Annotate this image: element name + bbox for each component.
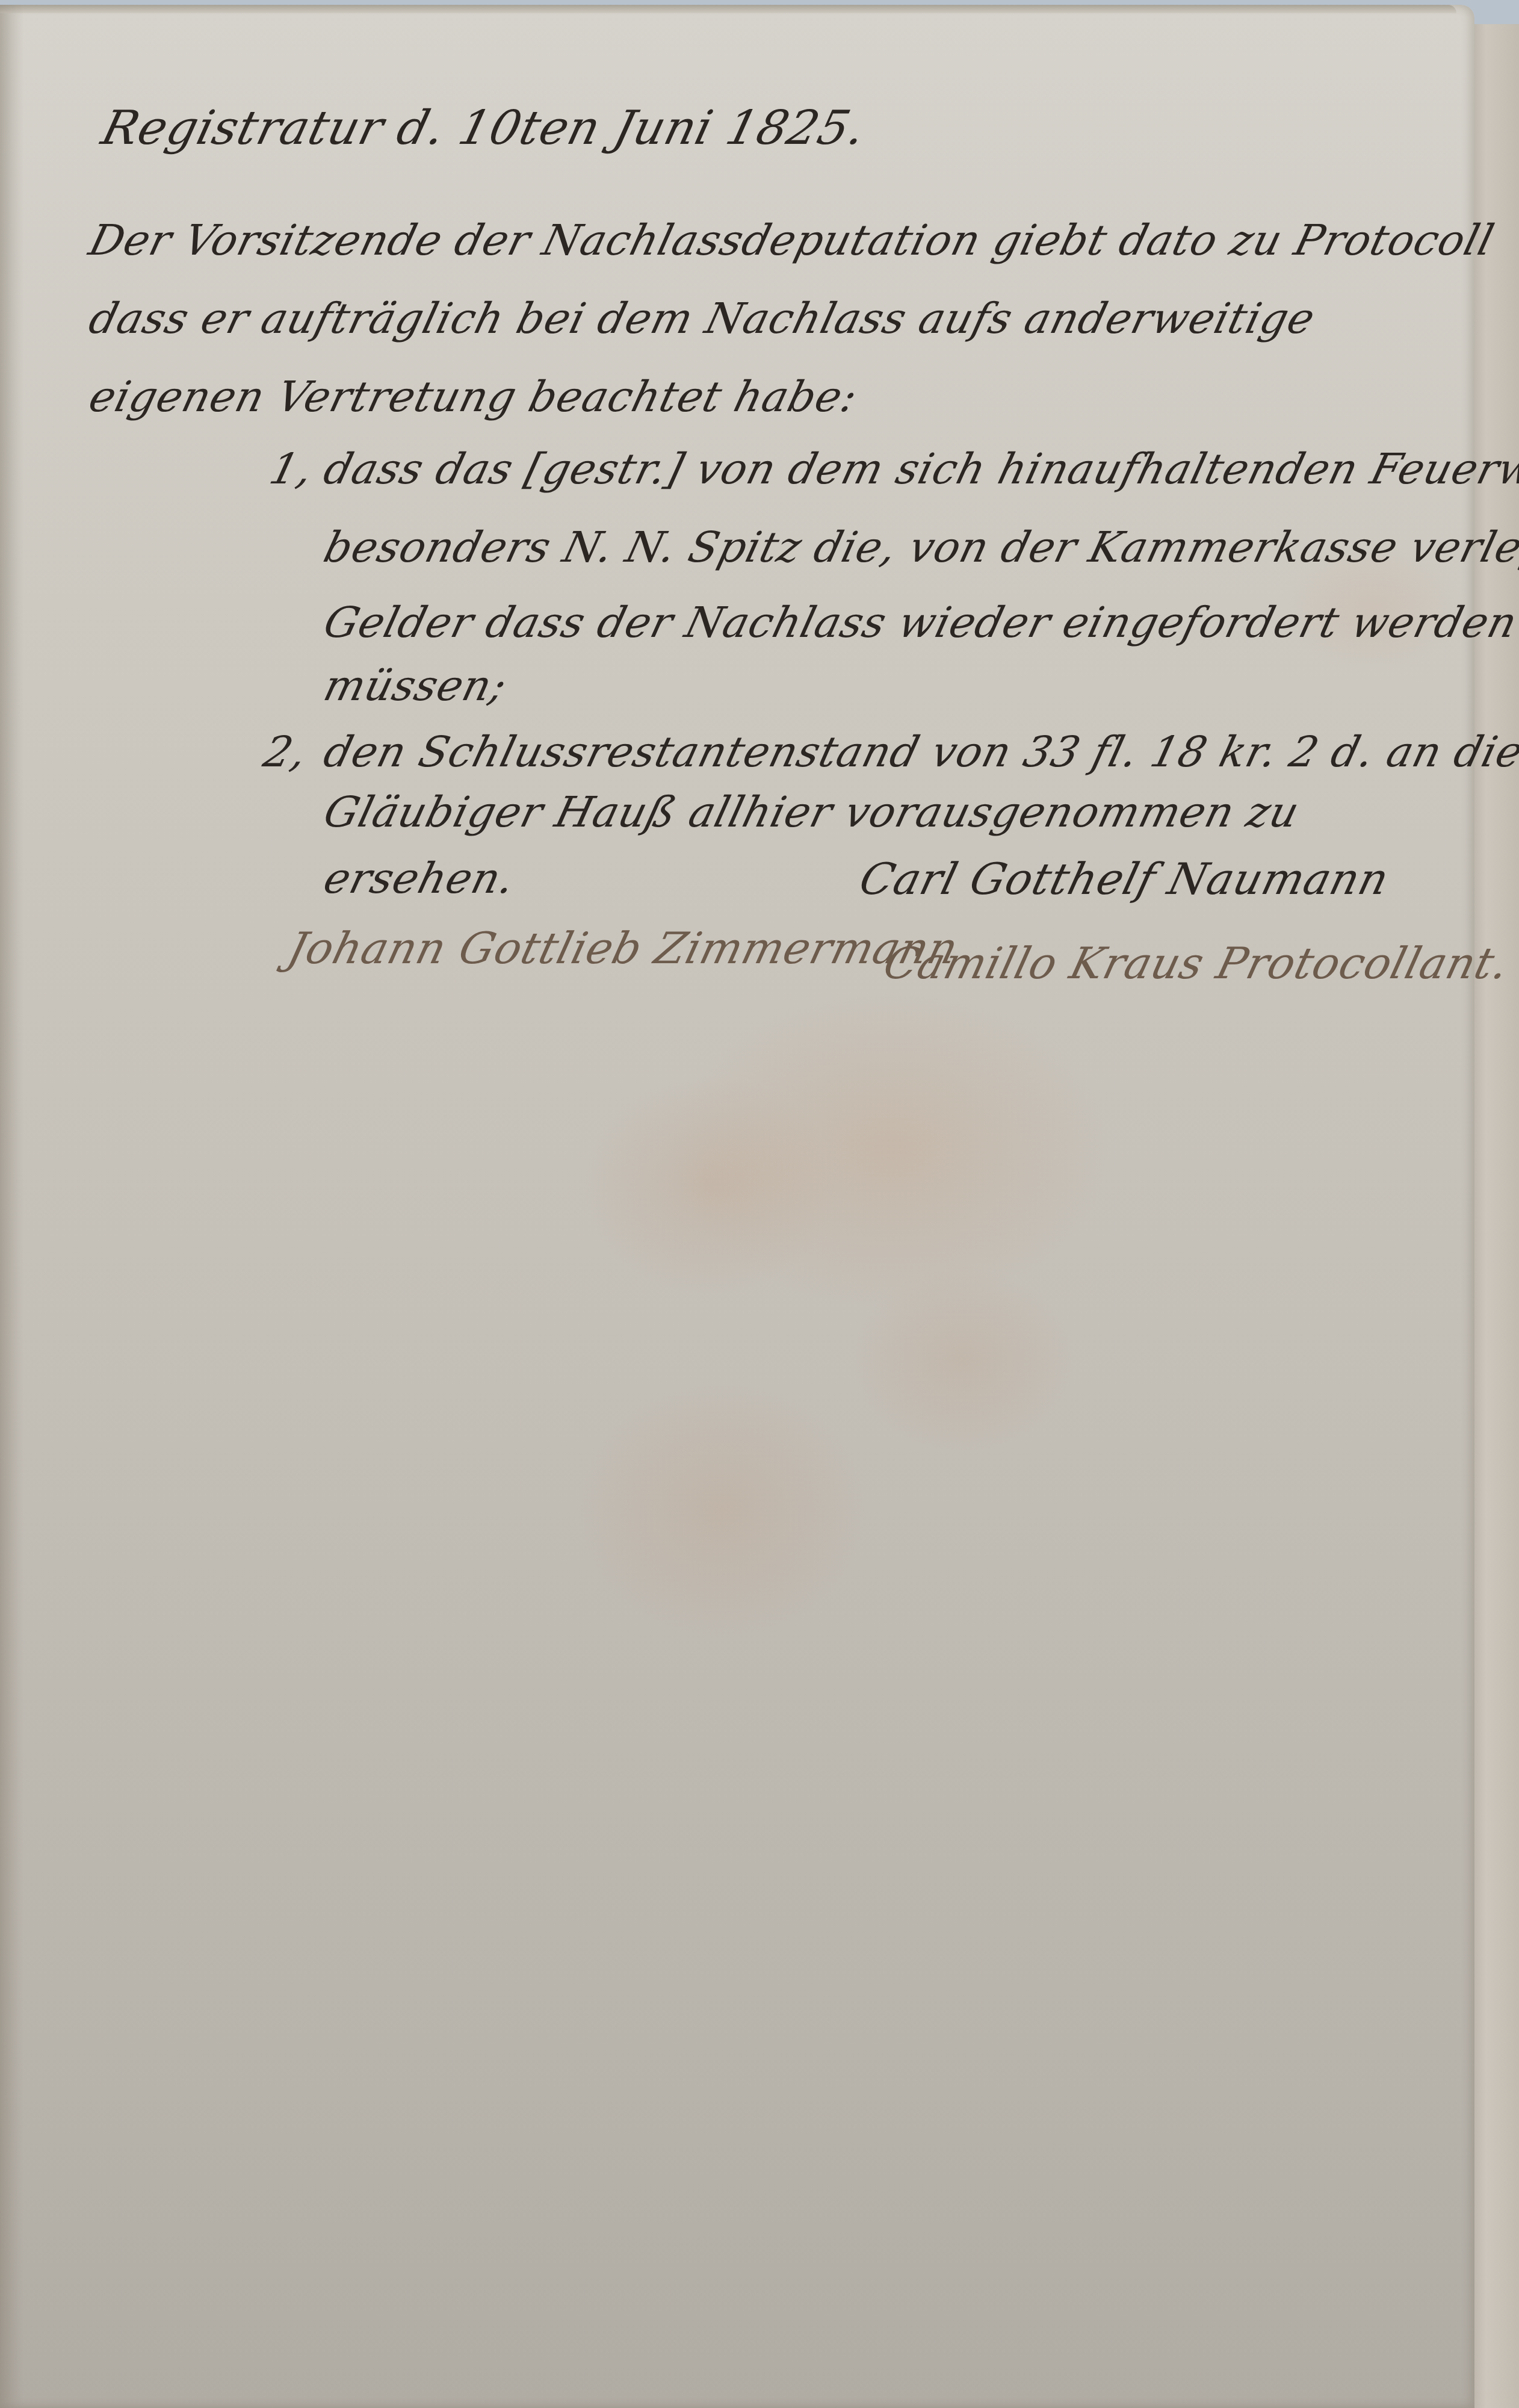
signature-right-1: Carl Gotthelf Naumann xyxy=(855,854,1394,904)
item-1-number: 1, xyxy=(265,444,318,494)
item-2-line-1: den Schlussrestantenstand von 33 fl. 18 … xyxy=(319,727,1519,777)
item-2-line-2: Gläubiger Hauß allhier vorausgenommen zu xyxy=(319,787,1305,837)
underlying-page-edge xyxy=(1468,24,1519,2408)
item-1-line-1: dass das [gestr.] von dem sich hinaufhal… xyxy=(319,444,1519,494)
intro-line-3: eigenen Vertretung beachtet habe: xyxy=(84,372,863,421)
document-heading: Registratur d. 10ten Juni 1825. xyxy=(96,101,871,155)
page-left-edge xyxy=(0,5,24,2408)
scanned-document-scene: Registratur d. 10ten Juni 1825. Der Vors… xyxy=(0,0,1519,2408)
item-1-line-2: besonders N. N. Spitz die, von der Kamme… xyxy=(319,523,1519,572)
item-1-line-4: müssen; xyxy=(319,661,512,710)
signature-left: Johann Gottlieb Zimmermann xyxy=(283,923,964,973)
document-page: Registratur d. 10ten Juni 1825. Der Vors… xyxy=(0,5,1474,2408)
page-top-edge xyxy=(0,5,1456,13)
item-2-number: 2, xyxy=(259,727,312,777)
intro-line-1: Der Vorsitzende der Nachlassdeputation g… xyxy=(84,216,1499,265)
signature-right-2: Camillo Kraus Protocollant. xyxy=(879,938,1514,988)
item-2-line-3: ersehen. xyxy=(319,854,521,903)
intro-line-2: dass er aufträglich bei dem Nachlass auf… xyxy=(84,294,1320,343)
item-1-line-3: Gelder dass der Nachlass wieder eingefor… xyxy=(319,598,1519,647)
